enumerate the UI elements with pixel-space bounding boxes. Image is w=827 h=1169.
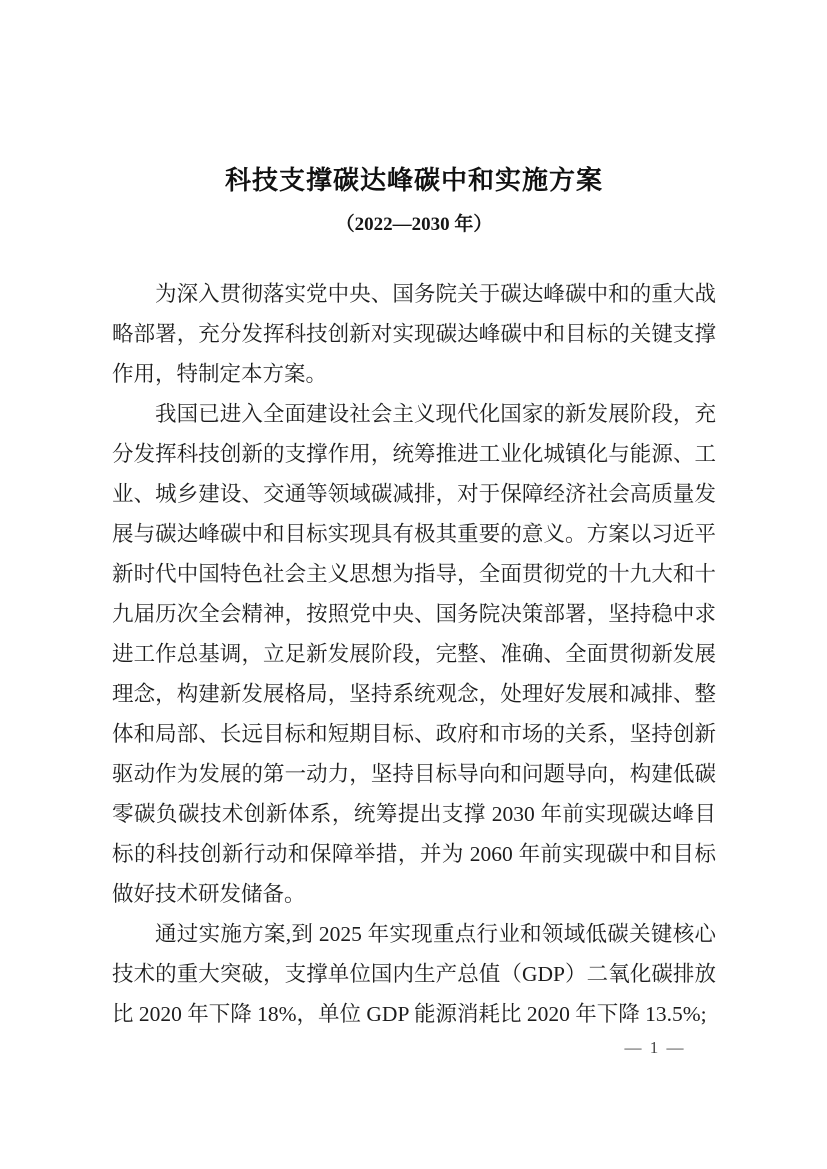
paragraph: 通过实施方案,到 2025 年实现重点行业和领域低碳关键核心技术的重大突破，支撑… — [112, 914, 716, 1034]
paragraph: 为深入贯彻落实党中央、国务院关于碳达峰碳中和的重大战略部署，充分发挥科技创新对实… — [112, 274, 716, 394]
text-line: 理念，构建新发展格局，坚持系统观念，处理好发展和减排、整 — [112, 674, 716, 714]
text-line: 零碳负碳技术创新体系，统筹提出支撑 2030 年前实现碳达峰目 — [112, 794, 716, 834]
text-line: 为深入贯彻落实党中央、国务院关于碳达峰碳中和的重大战 — [112, 274, 716, 314]
paragraph: 我国已进入全面建设社会主义现代化国家的新发展阶段，充分发挥科技创新的支撑作用，统… — [112, 394, 716, 914]
page-number: — 1 — — [613, 1037, 697, 1059]
text-line: 体和局部、长远目标和短期目标、政府和市场的关系，坚持创新 — [112, 714, 716, 754]
text-line: 技术的重大突破，支撑单位国内生产总值（GDP）二氧化碳排放 — [112, 954, 716, 994]
document-page: 科技支撑碳达峰碳中和实施方案 （2022—2030 年） 为深入贯彻落实党中央、… — [0, 0, 827, 1169]
text-line: 业、城乡建设、交通等领域碳减排，对于保障经济社会高质量发 — [112, 474, 716, 514]
document-title: 科技支撑碳达峰碳中和实施方案 — [112, 164, 716, 198]
text-line: 展与碳达峰碳中和目标实现具有极其重要的意义。方案以习近平 — [112, 514, 716, 554]
text-line: 新时代中国特色社会主义思想为指导，全面贯彻党的十九大和十 — [112, 554, 716, 594]
text-line: 作用，特制定本方案。 — [112, 354, 716, 394]
text-line: 九届历次全会精神，按照党中央、国务院决策部署，坚持稳中求 — [112, 594, 716, 634]
text-line: 做好技术研发储备。 — [112, 874, 716, 914]
text-line: 我国已进入全面建设社会主义现代化国家的新发展阶段，充 — [112, 394, 716, 434]
text-line: 通过实施方案,到 2025 年实现重点行业和领域低碳关键核心 — [112, 914, 716, 954]
text-line: 分发挥科技创新的支撑作用，统筹推进工业化城镇化与能源、工 — [112, 434, 716, 474]
document-subtitle: （2022—2030 年） — [112, 211, 716, 239]
text-line: 略部署，充分发挥科技创新对实现碳达峰碳中和目标的关键支撑 — [112, 314, 716, 354]
text-line: 标的科技创新行动和保障举措，并为 2060 年前实现碳中和目标 — [112, 834, 716, 874]
document-body: 为深入贯彻落实党中央、国务院关于碳达峰碳中和的重大战略部署，充分发挥科技创新对实… — [112, 274, 716, 1034]
text-line: 比 2020 年下降 18%，单位 GDP 能源消耗比 2020 年下降 13.… — [112, 994, 716, 1034]
document-content: 科技支撑碳达峰碳中和实施方案 （2022—2030 年） 为深入贯彻落实党中央、… — [112, 0, 716, 1034]
text-line: 进工作总基调，立足新发展阶段，完整、准确、全面贯彻新发展 — [112, 634, 716, 674]
text-line: 驱动作为发展的第一动力，坚持目标导向和问题导向，构建低碳 — [112, 754, 716, 794]
